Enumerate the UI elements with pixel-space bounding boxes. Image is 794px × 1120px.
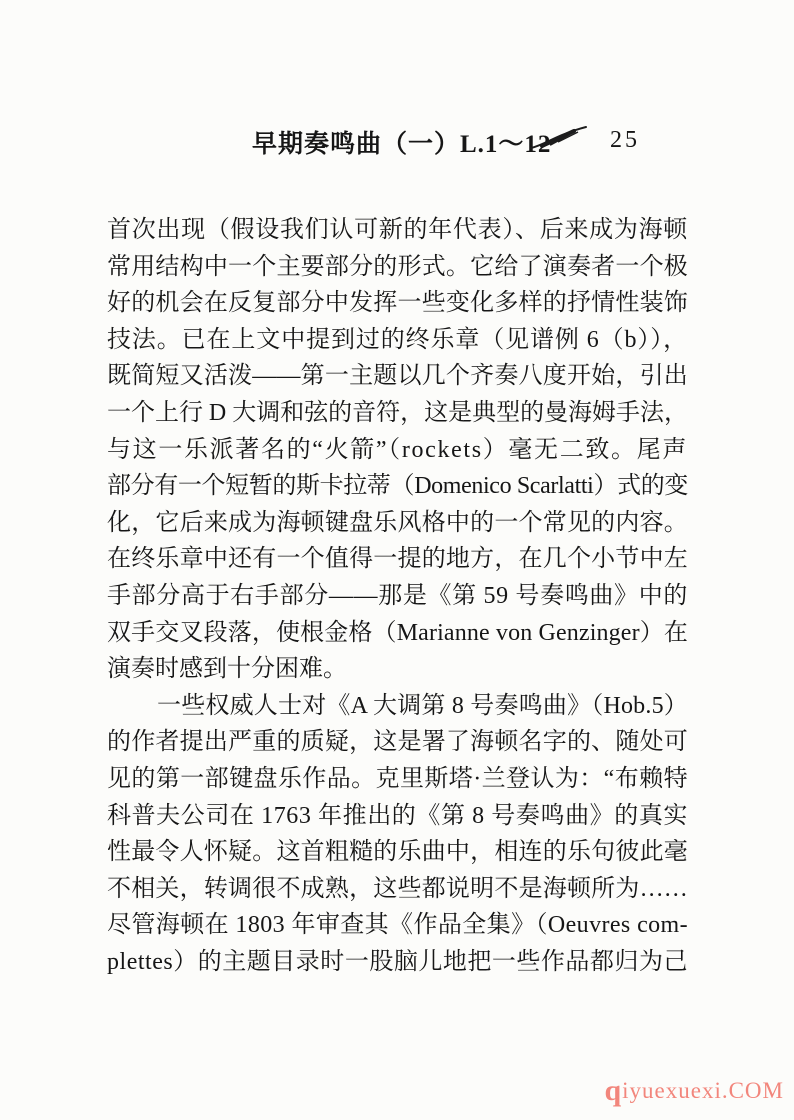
text-line: 科普夫公司在 1763 年推出的《第 8 号奏鸣曲》的真实 xyxy=(107,798,688,835)
running-header-title: 早期奏鸣曲（一）L.1～12 xyxy=(252,124,551,160)
text-line: 技法。已在上文中提到过的终乐章（见谱例 6（b））， xyxy=(107,322,688,359)
text-line: 在终乐章中还有一个值得一提的地方，在几个小节中左 xyxy=(107,541,688,578)
watermark: qiyuexuexi.COM xyxy=(604,1078,784,1104)
text-line: 既简短又活泼——第一主题以几个齐奏八度开始，引出 xyxy=(107,358,688,395)
text-line: 演奏时感到十分困难。 xyxy=(107,651,688,688)
text-line: 化，它后来成为海顿键盘乐风格中的一个常见的内容。 xyxy=(107,505,688,542)
text-line: 的作者提出严重的质疑，这是署了海顿名字的、随处可 xyxy=(107,724,688,761)
text-line: plettes）的主题目录时一股脑儿地把一些作品都归为己 xyxy=(107,944,688,981)
text-line: 见的第一部键盘乐作品。克里斯塔·兰登认为：“布赖特 xyxy=(107,761,688,798)
scribble-ornament xyxy=(528,124,590,152)
text-line: 双手交叉段落，使根金格（Marianne von Genzinger）在 xyxy=(107,615,688,652)
text-line: 首次出现（假设我们认可新的年代表）、后来成为海顿 xyxy=(107,212,688,249)
text-line: 部分有一个短暂的斯卡拉蒂（Domenico Scarlatti）式的变 xyxy=(107,468,688,505)
text-line: 性最令人怀疑。这首粗糙的乐曲中，相连的乐句彼此毫 xyxy=(107,834,688,871)
text-line: 一些权威人士对《A 大调第 8 号奏鸣曲》（Hob.5） xyxy=(107,688,688,725)
text-line: 一个上行 D 大调和弦的音符，这是典型的曼海姆手法， xyxy=(107,395,688,432)
text-line: 尽管海顿在 1803 年审查其《作品全集》（Oeuvres com- xyxy=(107,907,688,944)
text-line: 与这一乐派著名的“火箭”（rockets）毫无二致。尾声 xyxy=(107,432,688,469)
watermark-lead-letter: q xyxy=(604,1074,622,1107)
text-line: 好的机会在反复部分中发挥一些变化多样的抒情性装饰 xyxy=(107,285,688,322)
text-line: 手部分高于右手部分——那是《第 59 号奏鸣曲》中的 xyxy=(107,578,688,615)
text-line: 常用结构中一个主要部分的形式。它给了演奏者一个极 xyxy=(107,249,688,286)
text-line: 不相关，转调很不成熟，这些都说明不是海顿所为…… xyxy=(107,871,688,908)
watermark-text: iyuexuexi.COM xyxy=(622,1078,784,1103)
page-number: 25 xyxy=(610,127,640,154)
book-page: 早期奏鸣曲（一）L.1～12 25 首次出现（假设我们认可新的年代表）、后来成为… xyxy=(0,0,794,1120)
body-text: 首次出现（假设我们认可新的年代表）、后来成为海顿常用结构中一个主要部分的形式。它… xyxy=(107,212,688,980)
